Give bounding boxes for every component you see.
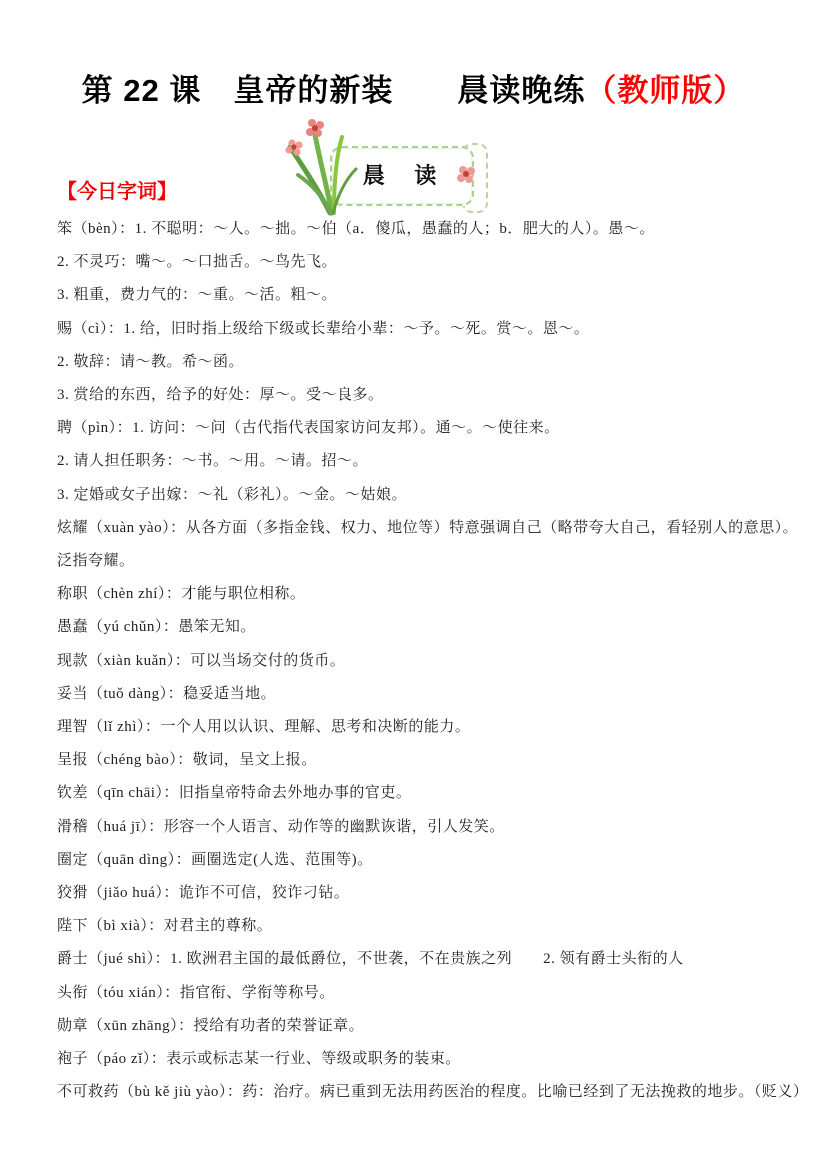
flower-left [306, 119, 324, 137]
vocab-paragraph: 3. 粗重，费力气的：～重。～活。粗～。 [57, 279, 802, 312]
vocab-paragraph: 3. 定婚或女子出嫁：～礼（彩礼）。～金。～姑娘。 [57, 479, 802, 512]
vocab-paragraph: 钦差（qīn chāi）：旧指皇帝特命去外地办事的官吏。 [57, 777, 802, 810]
vocab-paragraph: 2. 不灵巧：嘴～。～口拙舌。～鸟先飞。 [57, 246, 802, 279]
vocab-paragraph: 滑稽（huá jī）：形容一个人语言、动作等的幽默诙谐，引人发笑。 [57, 811, 802, 844]
vocab-paragraph: 头衔（tóu xián）：指官衔、学衔等称号。 [57, 977, 802, 1010]
vocab-paragraph: 妥当（tuǒ dàng）：稳妥适当地。 [57, 678, 802, 711]
vocab-paragraph: 3. 赏给的东西，给予的好处：厚～。受～良多。 [57, 379, 802, 412]
document-page: 第 22 课 皇帝的新装 晨读晚练（教师版） [0, 0, 827, 1169]
vocab-paragraph: 爵士（jué shì）：1. 欧洲君主国的最低爵位，不世袭，不在贵族之列 2. … [57, 943, 802, 976]
vocab-paragraph: 圈定（quān dìng）：画圈选定(人选、范围等)。 [57, 844, 802, 877]
vocab-paragraph: 笨（bèn）：1. 不聪明：～人。～拙。～伯（a．傻瓜，愚蠢的人；b．肥大的人）… [57, 213, 802, 246]
vocab-paragraph: 2. 请人担任职务：～书。～用。～请。招～。 [57, 445, 802, 478]
vocab-paragraph: 炫耀（xuàn yào）：从各方面（多指金钱、权力、地位等）特意强调自己（略带夸… [57, 512, 802, 545]
vocab-paragraph: 袍子（páo zǐ）：表示或标志某一行业、等级或职务的装束。 [57, 1043, 802, 1076]
vocab-paragraph: 赐（cì）：1. 给，旧时指上级给下级或长辈给小辈：～予。～死。赏～。恩～。 [57, 313, 802, 346]
vocab-paragraph: 泛指夸耀。 [57, 545, 802, 578]
section-header-vocab: 【今日字词】 [57, 175, 177, 204]
vocab-paragraph: 不可救药（bù kě jiù yào）：药：治疗。病已重到无法用药医治的程度。比… [57, 1076, 802, 1109]
vocab-list: 笨（bèn）：1. 不聪明：～人。～拙。～伯（a．傻瓜，愚蠢的人；b．肥大的人）… [57, 213, 802, 1109]
vocab-paragraph: 呈报（chéng bào）：敬词，呈文上报。 [57, 744, 802, 777]
vocab-paragraph: 称职（chèn zhí）：才能与职位相称。 [57, 578, 802, 611]
vocab-paragraph: 愚蠢（yú chǔn）：愚笨无知。 [57, 611, 802, 644]
page-title: 第 22 课 皇帝的新装 晨读晚练（教师版） [0, 72, 827, 110]
badge-label: 晨 读 [330, 146, 470, 202]
vocab-paragraph: 勋章（xūn zhāng）：授给有功者的荣誉证章。 [57, 1010, 802, 1043]
vocab-paragraph: 聘（pìn）：1. 访问：～问（古代指代表国家访问友邦）。通～。～使往来。 [57, 412, 802, 445]
vocab-paragraph: 现款（xiàn kuǎn）：可以当场交付的货币。 [57, 645, 802, 678]
page-title-main: 第 22 课 皇帝的新装 晨读晚练 [82, 73, 586, 108]
vocab-paragraph: 陛下（bì xià）：对君主的尊称。 [57, 910, 802, 943]
page-title-edition: （教师版） [585, 73, 745, 108]
morning-read-badge: 晨 读 [330, 146, 480, 208]
vocab-paragraph: 理智（lǐ zhì）：一个人用以认识、理解、思考和决断的能力。 [57, 711, 802, 744]
vocab-paragraph: 狡猾（jiǎo huá）：诡诈不可信，狡诈刁钻。 [57, 877, 802, 910]
vocab-paragraph: 2. 敬辞：请～教。希～函。 [57, 346, 802, 379]
flower-left-2 [285, 139, 302, 155]
